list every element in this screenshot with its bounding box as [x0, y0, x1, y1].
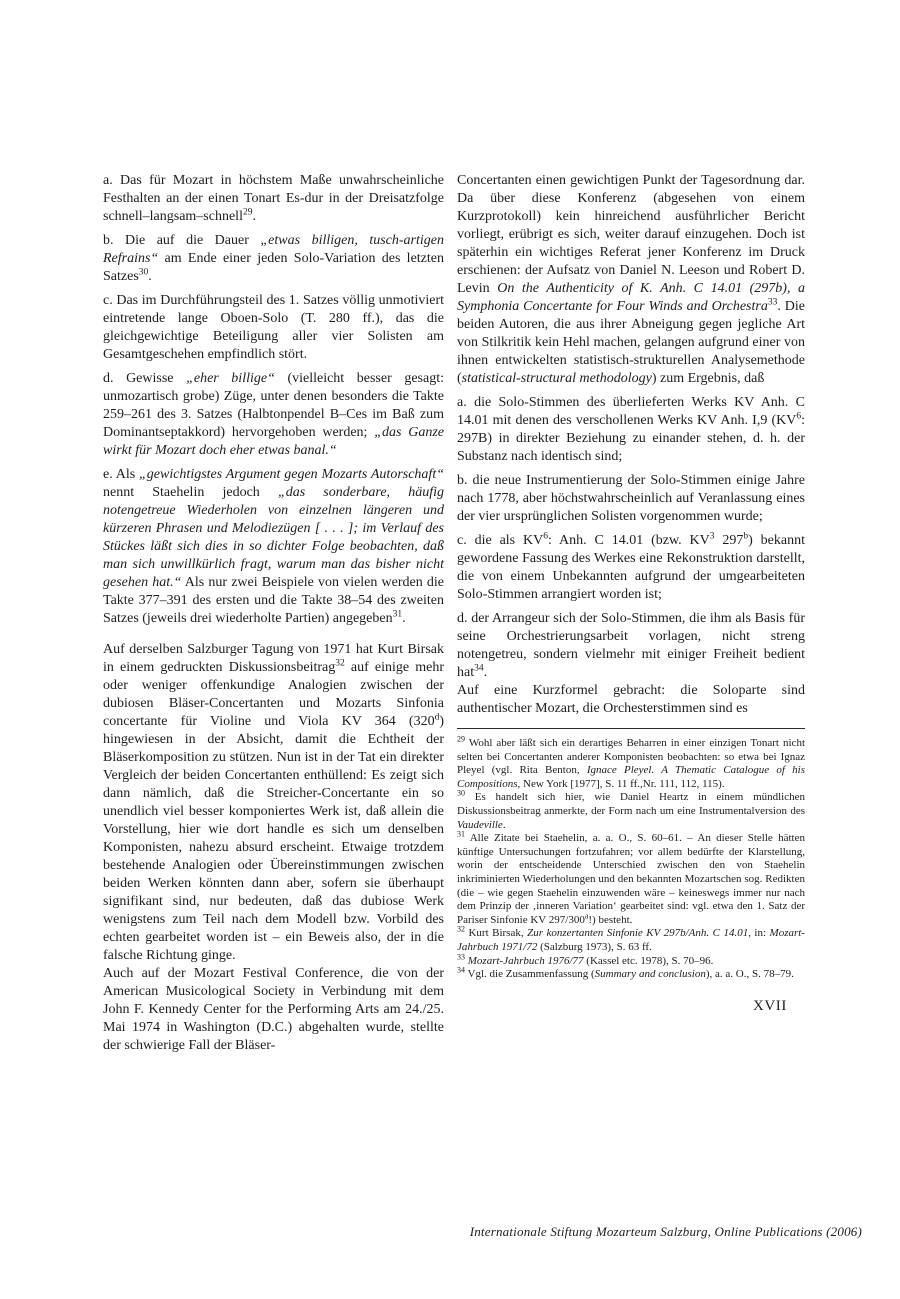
- footer-credit: Internationale Stiftung Mozarteum Salzbu…: [470, 1224, 862, 1240]
- footnotes-block: 29 Wohl aber läßt sich ein derartiges Be…: [457, 737, 805, 982]
- list-item-a: a. Das für Mozart in höchstem Maße unwah…: [103, 172, 444, 226]
- footnote-33: 33 Mozart-Jahrbuch 1976/77 (Kassel etc. …: [457, 955, 805, 969]
- paragraph-kurzformel: Auf eine Kurzformel gebracht: die Solopa…: [457, 682, 805, 718]
- paragraph-salzburg-tagung: Auf derselben Salzburger Tagung von 1971…: [103, 641, 444, 965]
- list-item-a-right: a. die Solo-Stimmen des überlieferten We…: [457, 394, 805, 466]
- footnote-30: 30 Es handelt sich hier, wie Daniel Hear…: [457, 791, 805, 832]
- paragraph-mozart-festival: Auch auf der Mozart Festival Conference,…: [103, 965, 444, 1055]
- paragraph-concertanten: Concertanten einen gewichtigen Punkt der…: [457, 172, 805, 388]
- list-item-d-right: d. der Arrangeur sich der Solo-Stimmen, …: [457, 610, 805, 682]
- footnote-31: 31 Alle Zitate bei Staehelin, a. a. O., …: [457, 832, 805, 927]
- footnote-32: 32 Kurt Birsak, Zur konzertanten Sinfoni…: [457, 927, 805, 954]
- list-item-d: d. Gewisse „eher billige“ (vielleicht be…: [103, 370, 444, 460]
- list-item-c-right: c. die als KV6: Anh. C 14.01 (bzw. KV3 2…: [457, 532, 805, 604]
- list-item-b-right: b. die neue Instrumentierung der Solo-St…: [457, 472, 805, 526]
- footnote-34: 34 Vgl. die Zusammenfassung (Summary and…: [457, 968, 805, 982]
- two-column-text-block: a. Das für Mozart in höchstem Maße unwah…: [103, 172, 805, 1055]
- list-item-e: e. Als „gewichtigstes Argument gegen Moz…: [103, 466, 444, 628]
- scanned-document-page: a. Das für Mozart in höchstem Maße unwah…: [0, 0, 900, 1299]
- list-item-c: c. Das im Durchführungsteil des 1. Satze…: [103, 292, 444, 364]
- footnote-separator: [457, 728, 805, 729]
- list-item-b: b. Die auf die Dauer „etwas billigen, tu…: [103, 232, 444, 286]
- right-column: Concertanten einen gewichtigen Punkt der…: [457, 172, 805, 1055]
- footnote-29: 29 Wohl aber läßt sich ein derartiges Be…: [457, 737, 805, 791]
- left-column: a. Das für Mozart in höchstem Maße unwah…: [103, 172, 444, 1055]
- page-number: XVII: [457, 998, 805, 1015]
